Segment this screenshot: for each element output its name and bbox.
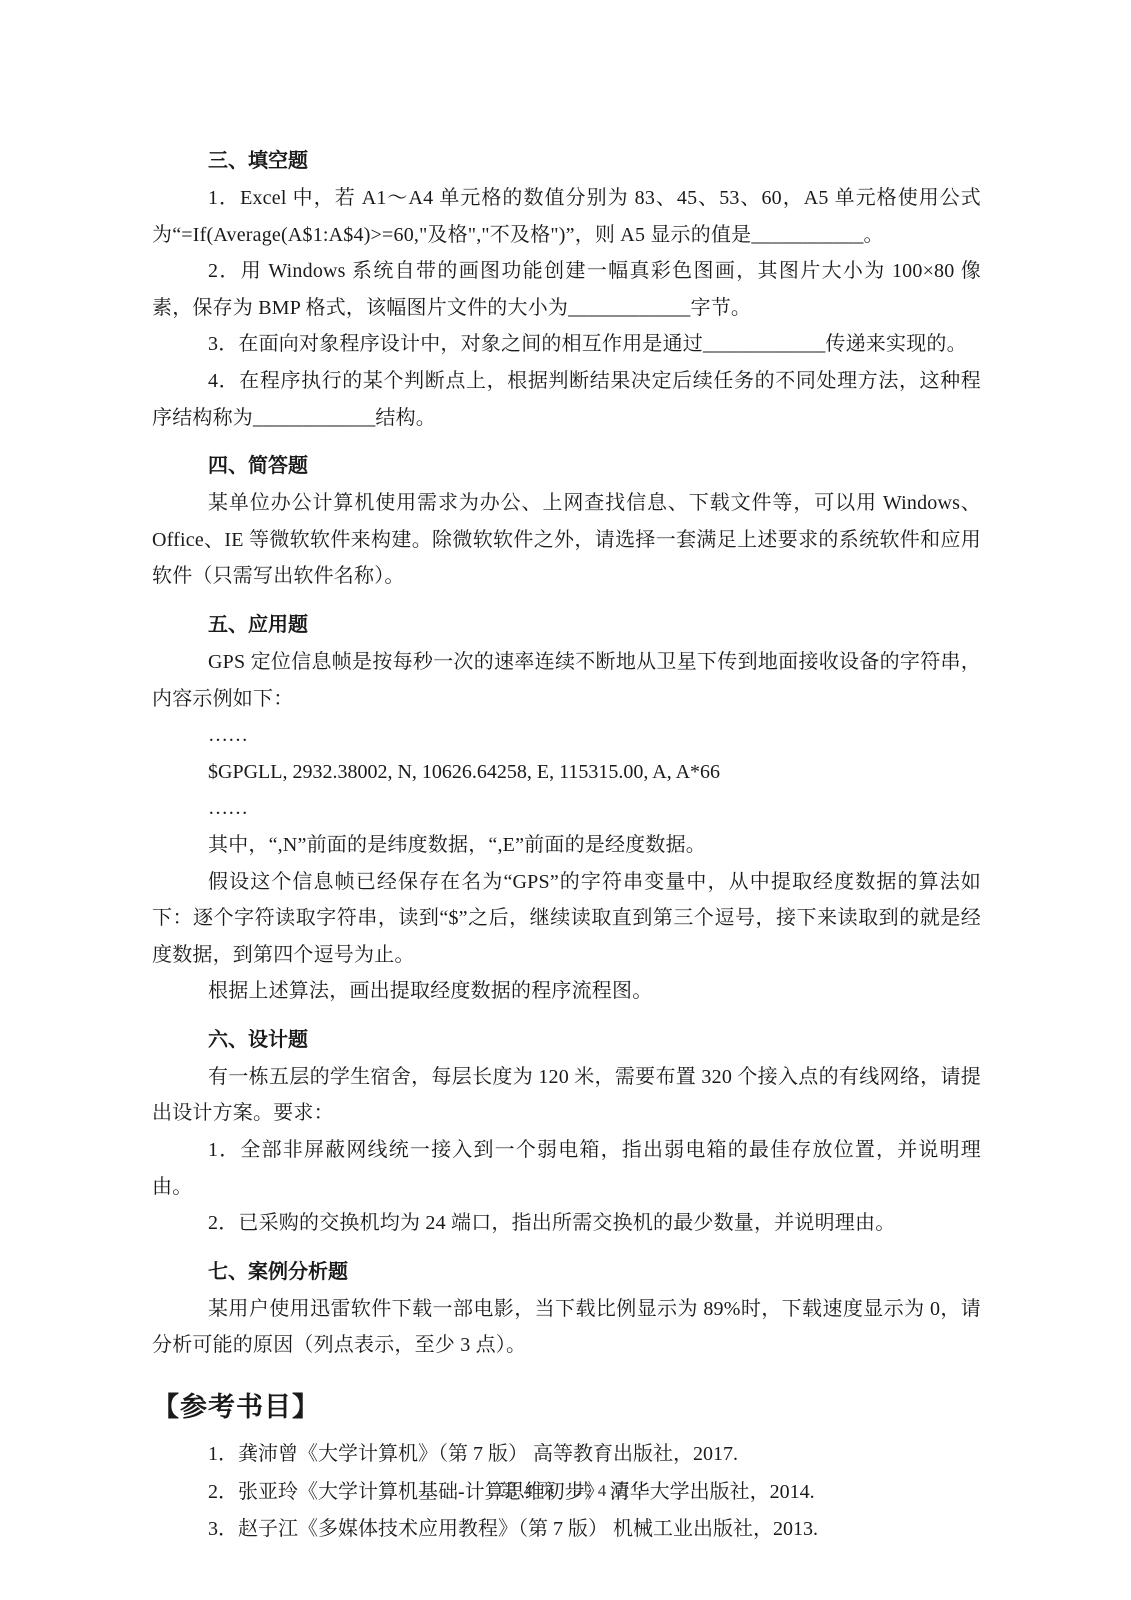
section-heading: 三、填空题 (152, 143, 981, 180)
paragraph: 1．Excel 中，若 A1～A4 单元格的数值分别为 83、45、53、60，… (152, 180, 981, 253)
section-short-answer: 四、简答题 某单位办公计算机使用需求为办公、上网查找信息、下载文件等，可以用 W… (152, 448, 981, 595)
paragraph: 某用户使用迅雷软件下载一部电影，当下载比例显示为 89%时，下载速度显示为 0，… (152, 1291, 981, 1364)
reference-item: 1．龚沛曾《大学计算机》（第 7 版） 高等教育出版社，2017. (152, 1436, 981, 1474)
section-application: 五、应用题 GPS 定位信息帧是按每秒一次的速率连续不断地从卫星下传到地面接收设… (152, 607, 981, 1010)
section-heading: 六、设计题 (152, 1022, 981, 1059)
paragraph: 1．全部非屏蔽网线统一接入到一个弱电箱，指出弱电箱的最佳存放位置，并说明理由。 (152, 1132, 981, 1205)
paragraph: 3．在面向对象程序设计中，对象之间的相互作用是通过____________传递来… (152, 326, 981, 363)
section-case-analysis: 七、案例分析题 某用户使用迅雷软件下载一部电影，当下载比例显示为 89%时，下载… (152, 1254, 981, 1364)
section-heading: 五、应用题 (152, 607, 981, 644)
paragraph: 假设这个信息帧已经保存在名为“GPS”的字符串变量中，从中提取经度数据的算法如下… (152, 864, 981, 974)
gps-data-line: $GPGLL, 2932.38002, N, 10626.64258, E, 1… (152, 754, 981, 791)
references-heading: 【参考书目】 (152, 1386, 981, 1428)
paragraph: 2．用 Windows 系统自带的画图功能创建一幅真彩色图画，其图片大小为 10… (152, 253, 981, 326)
paragraph: 有一栋五层的学生宿舍，每层长度为 120 米，需要布置 320 个接入点的有线网… (152, 1059, 981, 1132)
document-page: 三、填空题 1．Excel 中，若 A1～A4 单元格的数值分别为 83、45、… (0, 0, 1131, 1600)
section-heading: 七、案例分析题 (152, 1254, 981, 1291)
paragraph: 其中，“,N”前面的是纬度数据，“,E”前面的是经度数据。 (152, 827, 981, 864)
ellipsis-line: …… (152, 790, 981, 827)
paragraph: 根据上述算法，画出提取经度数据的程序流程图。 (152, 973, 981, 1010)
section-references: 【参考书目】 1．龚沛曾《大学计算机》（第 7 版） 高等教育出版社，2017.… (152, 1386, 981, 1549)
ellipsis-line: …… (152, 717, 981, 754)
paragraph: 2．已采购的交换机均为 24 端口，指出所需交换机的最少数量，并说明理由。 (152, 1205, 981, 1242)
paragraph: GPS 定位信息帧是按每秒一次的速率连续不断地从卫星下传到地面接收设备的字符串，… (152, 644, 981, 717)
reference-item: 3．赵子江《多媒体技术应用教程》（第 7 版） 机械工业出版社，2013. (152, 1511, 981, 1549)
page-number-footer: 第 4 页 共 4 页 (0, 1473, 1131, 1510)
paragraph: 4．在程序执行的某个判断点上，根据判断结果决定后续任务的不同处理方法，这种程序结… (152, 363, 981, 436)
paragraph: 某单位办公计算机使用需求为办公、上网查找信息、下载文件等，可以用 Windows… (152, 485, 981, 595)
section-heading: 四、简答题 (152, 448, 981, 485)
section-design: 六、设计题 有一栋五层的学生宿舍，每层长度为 120 米，需要布置 320 个接… (152, 1022, 981, 1242)
section-fill-in-blanks: 三、填空题 1．Excel 中，若 A1～A4 单元格的数值分别为 83、45、… (152, 143, 981, 436)
